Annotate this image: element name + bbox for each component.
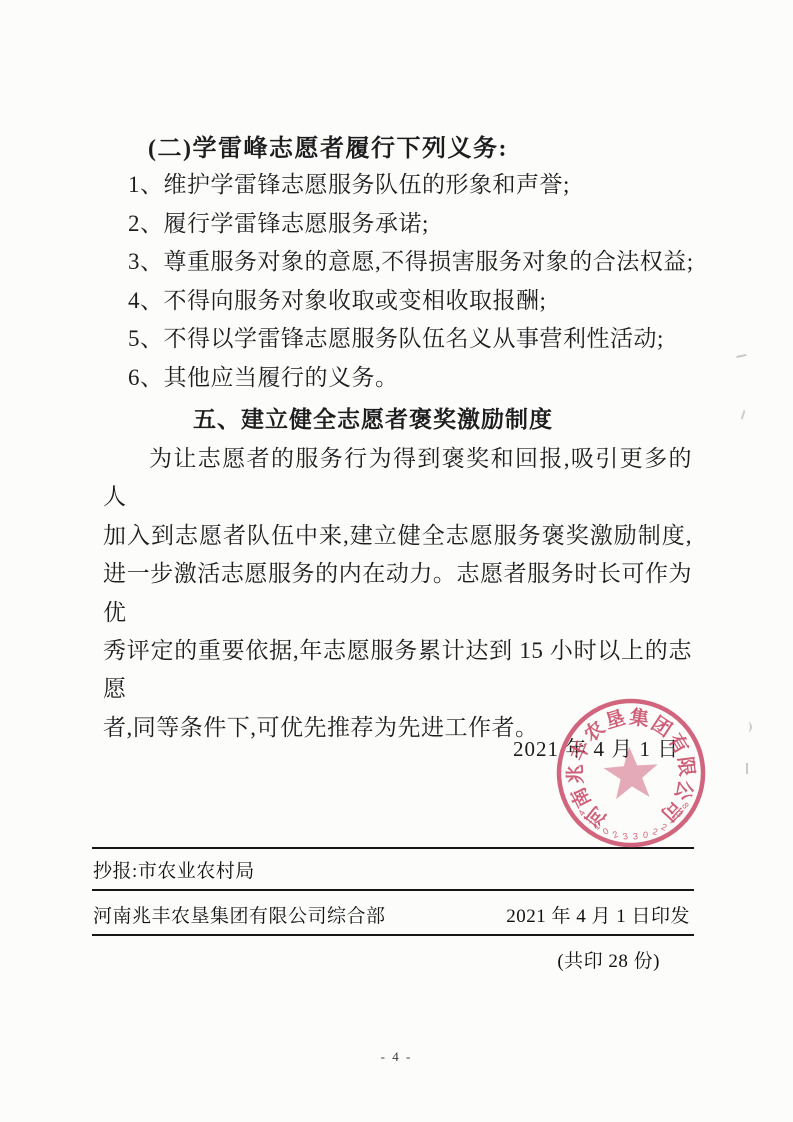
scan-artifact — [735, 350, 746, 358]
scan-artifact — [744, 722, 752, 732]
scan-artifact — [741, 410, 750, 421]
issuer-name: 河南兆丰农垦集团有限公司综合部 — [93, 901, 386, 928]
copy-to-line: 抄报:市农业农村局 — [93, 856, 255, 883]
seal-star-icon — [602, 745, 660, 800]
obligation-item-5: 5、不得以学雷锋志愿服务队伍名义从事营利性活动; — [128, 320, 708, 359]
svg-text:2: 2 — [651, 826, 658, 837]
footer-divider-2 — [92, 889, 694, 891]
svg-text:0: 0 — [601, 826, 611, 837]
obligation-item-1: 1、维护学雷锋志愿服务队伍的形象和声誉; — [128, 166, 708, 205]
svg-text:3: 3 — [622, 831, 629, 842]
paragraph-line: 加入到志愿者队伍中来,建立健全志愿服务褒奖激励制度, — [103, 517, 692, 555]
svg-text:0: 0 — [642, 830, 648, 840]
svg-text:兆: 兆 — [564, 764, 587, 784]
svg-text:限: 限 — [673, 755, 697, 777]
svg-text:垦: 垦 — [603, 707, 628, 734]
print-copies-count: (共印 28 份) — [557, 946, 660, 973]
paragraph-line: 进一步激活志愿服务的内在动力。志愿者服务时长可作为优 — [103, 555, 692, 632]
document-page: (二)学雷峰志愿者履行下列义务: 1、维护学雷锋志愿服务队伍的形象和声誉; 2、… — [0, 0, 793, 1122]
paragraph-line: 为让志愿者的服务行为得到褒奖和回报,吸引更多的人 — [103, 440, 692, 517]
obligations-list: 1、维护学雷锋志愿服务队伍的形象和声誉; 2、履行学雷锋志愿服务承诺; 3、尊重… — [128, 166, 708, 398]
page-number: - 4 - — [0, 1049, 793, 1065]
obligation-item-6: 6、其他应当履行的义务。 — [128, 359, 708, 398]
obligation-item-2: 2、履行学雷锋志愿服务承诺; — [128, 205, 708, 244]
svg-text:3: 3 — [633, 831, 639, 841]
scan-artifact — [746, 763, 748, 774]
print-date: 2021 年 4 月 1 日印发 — [506, 901, 690, 928]
section-heading-obligations: (二)学雷峰志愿者履行下列义务: — [148, 128, 508, 163]
svg-text:集: 集 — [628, 705, 651, 731]
svg-text:2: 2 — [611, 829, 619, 840]
obligation-item-3: 3、尊重服务对象的意愿,不得损害服务对象的合法权益; — [128, 243, 708, 282]
obligation-item-4: 4、不得向服务对象收取或变相收取报酬; — [128, 282, 708, 321]
footer-divider-3 — [92, 934, 694, 936]
company-seal-stamp: 河南兆丰农垦集团有限公司4110233022738 — [549, 691, 713, 855]
section-heading-rewards: 五、建立健全志愿者褒奖激励制度 — [193, 401, 553, 434]
